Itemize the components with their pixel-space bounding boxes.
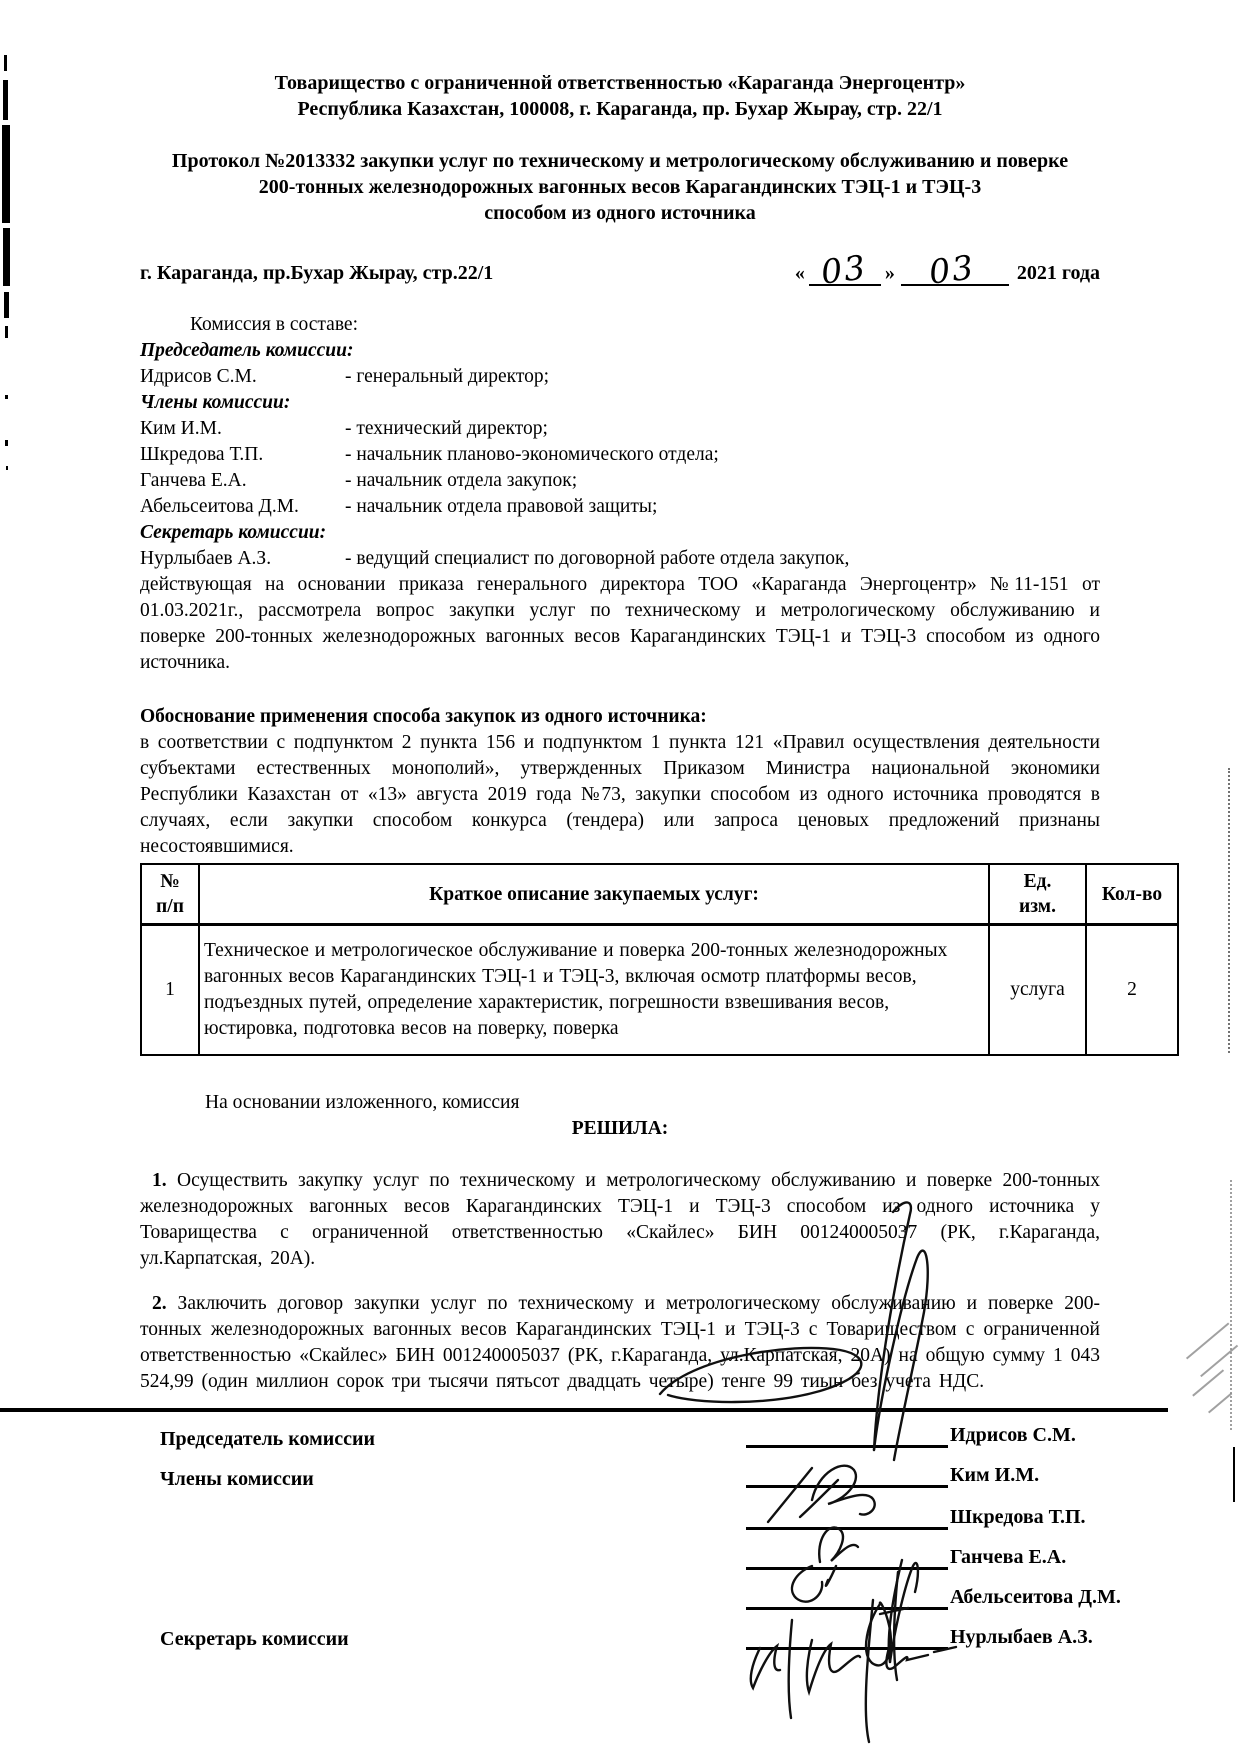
signature-ink-nurlybaev xyxy=(751,1646,780,1688)
scan-artifact-pencil-mark xyxy=(1186,1322,1229,1359)
scan-artifact-left-dot xyxy=(5,395,8,399)
members-label: Члены комиссии: xyxy=(140,390,1100,416)
resolution-item-number: 1. xyxy=(152,1170,167,1191)
org-header: Товарищество с ограниченной ответственно… xyxy=(140,70,1100,122)
procurement-table: № п/п Краткое описание закупаемых услуг:… xyxy=(140,863,1179,1056)
handwritten-day: 03 xyxy=(819,250,869,288)
open-quote: « xyxy=(795,260,805,286)
table-header-row: № п/п Краткое описание закупаемых услуг:… xyxy=(141,864,1178,925)
chairman-label: Председатель комиссии: xyxy=(140,338,1100,364)
resolution-item-text: Осуществить закупку услуг по техническом… xyxy=(140,1170,1100,1269)
acting-paragraph: действующая на основании приказа генерал… xyxy=(140,572,1100,676)
resolution-item-number: 2. xyxy=(152,1293,167,1314)
signature-ink-nurlybaev xyxy=(866,1600,873,1742)
col-header-unit-line1: Ед. xyxy=(992,869,1083,894)
person-name: Ким И.М. xyxy=(140,416,345,442)
scan-artifact-pencil-mark xyxy=(1192,1369,1224,1396)
person-role: - начальник отдела закупок; xyxy=(345,468,577,494)
table-row: 1 Техническое и метрологическое обслужив… xyxy=(141,925,1178,1055)
signature-ink-kim xyxy=(768,1468,812,1522)
cell-qty: 2 xyxy=(1086,925,1178,1055)
commission-row: Шкредова Т.П. - начальник планово-эконом… xyxy=(140,442,1100,468)
signature-line xyxy=(746,1647,948,1650)
protocol-title-line3: способом из одного источника xyxy=(140,200,1100,226)
commission-row: Идрисов С.М. - генеральный директор; xyxy=(140,364,1100,390)
col-header-unit: Ед. изм. xyxy=(989,864,1086,925)
signature-name: Ганчева Е.А. xyxy=(950,1546,1066,1569)
protocol-title-line2: 200-тонных железнодорожных вагонных весо… xyxy=(140,174,1100,200)
scan-artifact-right-dotted xyxy=(1228,768,1230,1053)
commission-row: Абельсеитова Д.М. - начальник отдела пра… xyxy=(140,494,1100,520)
commission-row: Ганчева Е.А. - начальник отдела закупок; xyxy=(140,468,1100,494)
date-day-blank: 03 xyxy=(809,260,881,286)
signature-ink-nurlybaev xyxy=(886,1648,928,1669)
person-name: Нурлыбаев А.З. xyxy=(140,546,345,572)
commission-row: Ким И.М. - технический директор; xyxy=(140,416,1100,442)
signature-name: Шкредова Т.П. xyxy=(950,1506,1086,1529)
scan-artifact-right-bar xyxy=(1233,1447,1235,1502)
resolution-item: 1. Осуществить закупку услуг по техничес… xyxy=(140,1168,1100,1272)
cell-num: 1 xyxy=(141,925,199,1055)
col-header-qty: Кол-во xyxy=(1086,864,1178,925)
scan-artifact-left-strip xyxy=(4,292,9,318)
commission-section: Комиссия в составе: Председатель комисси… xyxy=(140,312,1100,676)
org-address-line: Республика Казахстан, 100008, г. Караган… xyxy=(140,96,1100,122)
col-header-num-line2: п/п xyxy=(144,894,196,919)
protocol-title: Протокол №2013332 закупки услуг по техни… xyxy=(140,148,1100,226)
person-name: Абельсеитова Д.М. xyxy=(140,494,345,520)
col-header-description: Краткое описание закупаемых услуг: xyxy=(199,864,989,925)
signature-line xyxy=(746,1567,948,1570)
scan-artifact-pencil-mark xyxy=(1208,1393,1232,1413)
signature-label-members: Члены комиссии xyxy=(160,1468,314,1491)
signature-line xyxy=(746,1445,948,1448)
document-page: Товарищество с ограниченной ответственно… xyxy=(0,0,1240,1754)
document-content: Товарищество с ограниченной ответственно… xyxy=(140,58,1100,1415)
signature-ink-nurlybaev xyxy=(789,1620,792,1718)
person-role: - генеральный директор; xyxy=(345,364,549,390)
protocol-title-line1: Протокол №2013332 закупки услуг по техни… xyxy=(140,148,1100,174)
handwritten-month: 03 xyxy=(927,250,977,288)
signature-ink-abelseitova xyxy=(894,1572,898,1680)
signature-line xyxy=(746,1607,948,1610)
cell-description: Техническое и метрологическое обслуживан… xyxy=(199,925,989,1055)
person-role: - начальник планово-экономического отдел… xyxy=(345,442,719,468)
signature-name: Нурлыбаев А.З. xyxy=(950,1626,1093,1649)
signature-name: Ким И.М. xyxy=(950,1464,1039,1487)
close-quote: » xyxy=(885,260,895,286)
person-role: - начальник отдела правовой защиты; xyxy=(345,494,657,520)
place-line: г. Караганда, пр.Бухар Жырау, стр.22/1 xyxy=(140,260,493,286)
signature-ink-abelseitova xyxy=(866,1603,891,1666)
justification-heading: Обоснование применения способа закупок и… xyxy=(140,704,1100,730)
signature-label-chairman: Председатель комиссии xyxy=(160,1428,375,1451)
person-name: Идрисов С.М. xyxy=(140,364,345,390)
scan-artifact-left-strip xyxy=(3,228,10,286)
scan-artifact-left-strip xyxy=(5,326,8,338)
signature-ink-shkredova xyxy=(819,1527,858,1562)
signature-line xyxy=(746,1485,948,1488)
col-header-unit-line2: изм. xyxy=(992,894,1083,919)
signature-name: Абельсеитова Д.М. xyxy=(950,1586,1121,1609)
signature-line xyxy=(746,1527,948,1530)
secretary-label: Секретарь комиссии: xyxy=(140,520,1100,546)
scan-artifact-left-dot xyxy=(6,466,8,470)
resolution-item: 2. Заключить договор закупки услуг по те… xyxy=(140,1291,1100,1395)
scan-artifact-left-strip xyxy=(2,125,10,223)
signature-name: Идрисов С.М. xyxy=(950,1424,1076,1447)
justification-body: в соответствии с подпунктом 2 пункта 156… xyxy=(140,730,1100,860)
col-header-num: № п/п xyxy=(141,864,199,925)
scan-artifact-left-strip xyxy=(3,80,8,120)
date-month-blank: 03 xyxy=(901,260,1009,286)
commission-row: Нурлыбаев А.З. - ведущий специалист по д… xyxy=(140,546,1100,572)
person-name: Ганчева Е.А. xyxy=(140,468,345,494)
resolution-lead: На основании изложенного, комиссия xyxy=(140,1090,1100,1116)
date-fields: « 03 » 03 2021 года xyxy=(795,260,1100,286)
signature-ink-shkredova xyxy=(792,1566,822,1602)
signature-label-secretary: Секретарь комиссии xyxy=(160,1628,349,1651)
signature-ink-kim xyxy=(812,1466,875,1515)
commission-intro: Комиссия в составе: xyxy=(140,312,1100,338)
scan-artifact-left-dot xyxy=(5,440,8,446)
resolution-item-text: Заключить договор закупки услуг по техни… xyxy=(140,1293,1100,1392)
scan-artifact-left-strip xyxy=(4,55,7,71)
org-name-line: Товарищество с ограниченной ответственно… xyxy=(140,70,1100,96)
col-header-num-line1: № xyxy=(144,869,196,894)
date-row: г. Караганда, пр.Бухар Жырау, стр.22/1 «… xyxy=(140,250,1100,286)
person-role: - технический директор; xyxy=(345,416,548,442)
date-year: 2021 года xyxy=(1017,260,1100,286)
cell-unit: услуга xyxy=(989,925,1086,1055)
person-role: - ведущий специалист по договорной работ… xyxy=(345,546,849,572)
resolution-heading: РЕШИЛА: xyxy=(140,1116,1100,1142)
person-name: Шкредова Т.П. xyxy=(140,442,345,468)
